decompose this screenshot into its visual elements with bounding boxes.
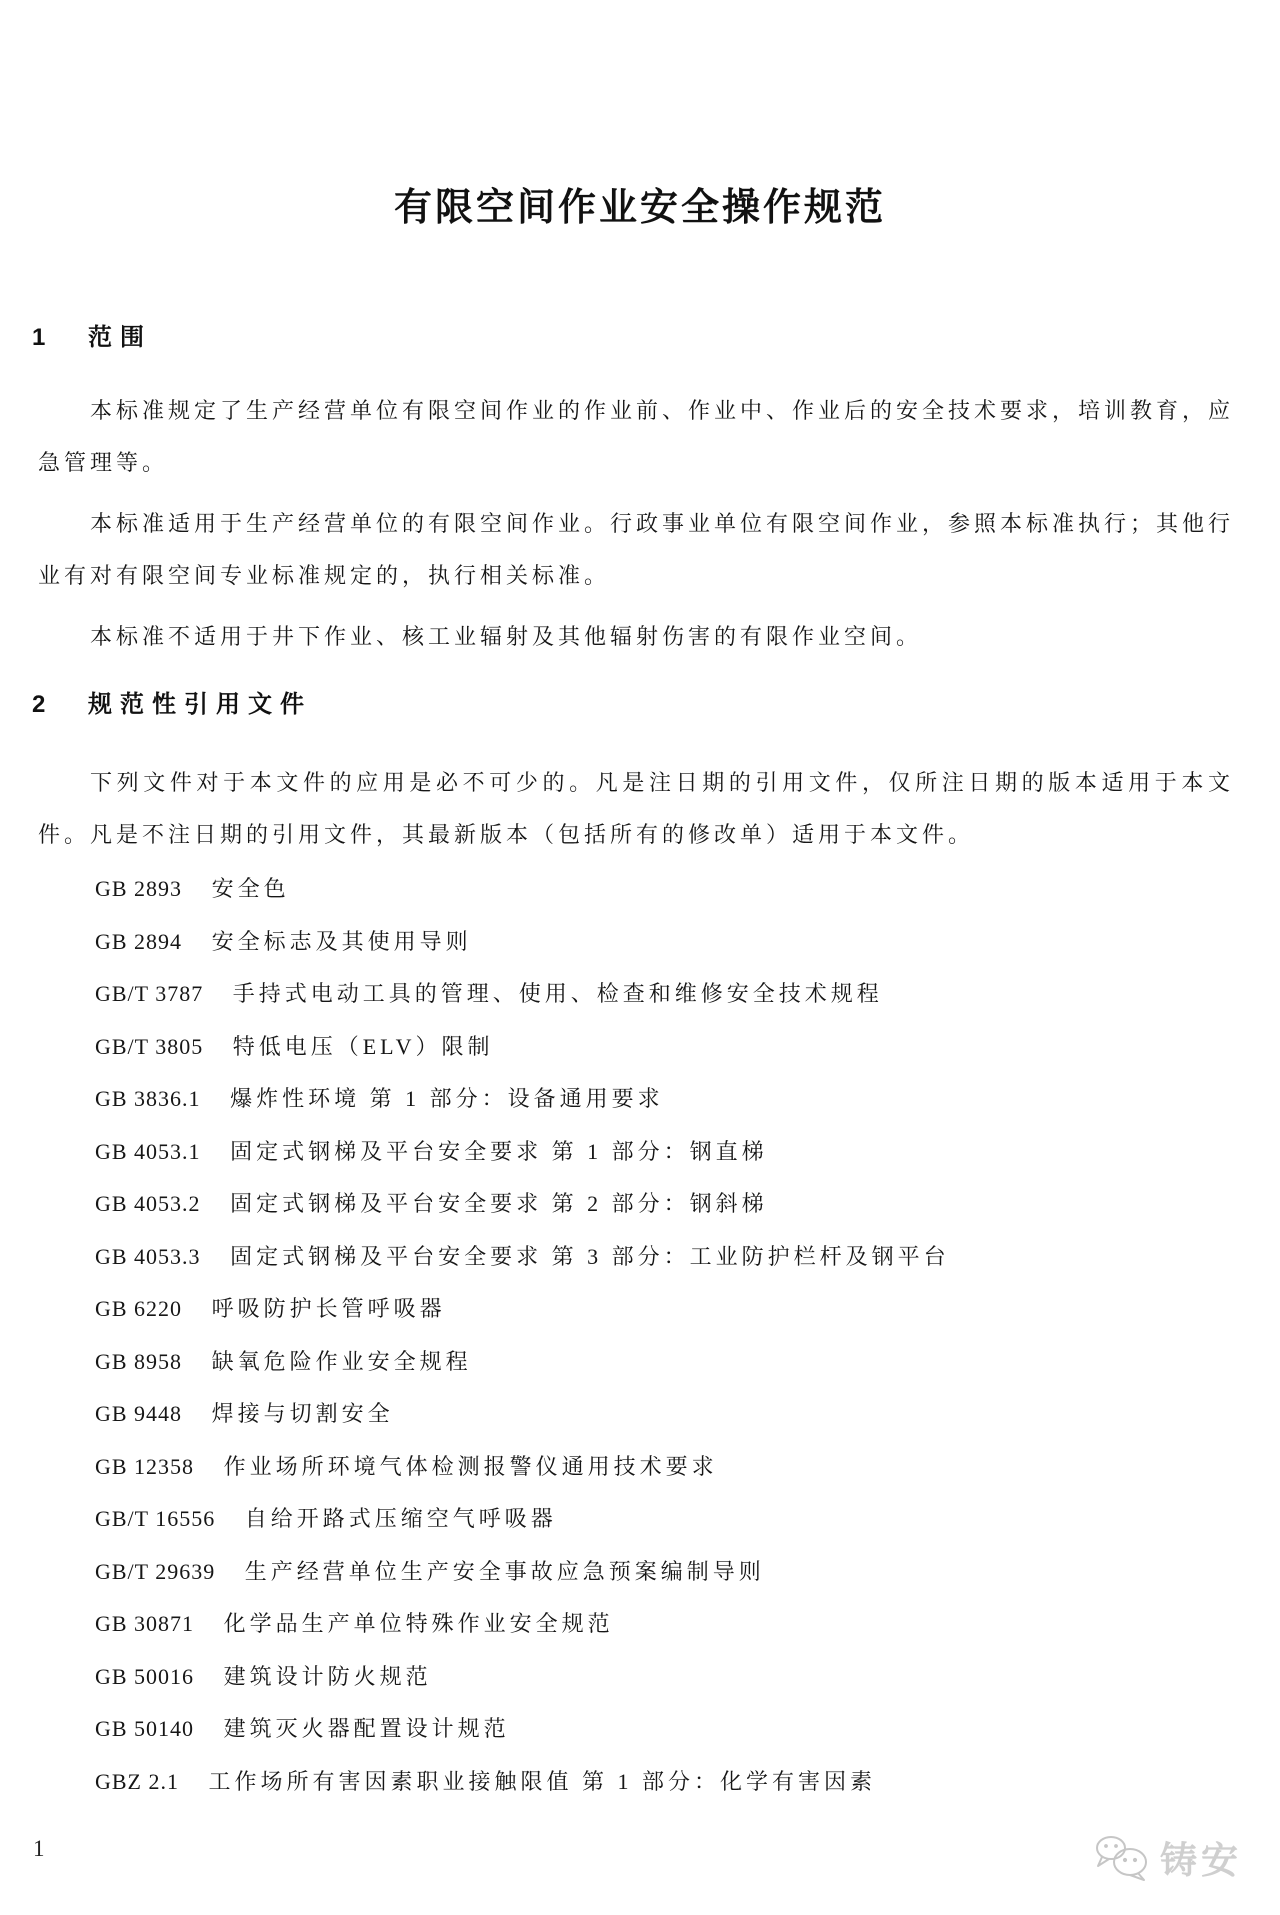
reference-item: GB/T 16556 自给开路式压缩空气呼吸器 <box>95 1493 1235 1546</box>
section-2-title: 规范性引用文件 <box>88 691 312 718</box>
section-2-body: 下列文件对于本文件的应用是必不可少的。凡是注日期的引用文件，仅所注日期的版本适用… <box>38 757 1234 861</box>
reference-standard-title: 建筑设计防火规范 <box>224 1664 432 1689</box>
reference-item: GB/T 3805 特低电压（ELV）限制 <box>95 1021 1235 1074</box>
reference-item: GBZ 2.1 工作场所有害因素职业接触限值 第 1 部分：化学有害因素 <box>95 1756 1235 1809</box>
paragraph-normative-refs-intro: 下列文件对于本文件的应用是必不可少的。凡是注日期的引用文件，仅所注日期的版本适用… <box>38 757 1234 861</box>
reference-standard-title: 工作场所有害因素职业接触限值 第 1 部分：化学有害因素 <box>209 1769 877 1794</box>
watermark-label: 铸安 <box>1160 1830 1242 1884</box>
paragraph-scope-1: 本标准规定了生产经营单位有限空间作业的作业前、作业中、作业后的安全技术要求，培训… <box>38 385 1234 489</box>
reference-standard-title: 安全色 <box>212 876 290 901</box>
reference-item: GB 50016 建筑设计防火规范 <box>95 1651 1235 1704</box>
reference-standard-code: GB/T 3787 <box>95 981 203 1006</box>
reference-standard-title: 特低电压（ELV）限制 <box>233 1034 494 1059</box>
section-1-body: 本标准规定了生产经营单位有限空间作业的作业前、作业中、作业后的安全技术要求，培训… <box>38 385 1234 663</box>
reference-standard-code: GB 9448 <box>95 1401 182 1426</box>
reference-standard-code: GB/T 3805 <box>95 1034 203 1059</box>
reference-standard-code: GB 3836.1 <box>95 1086 201 1111</box>
reference-item: GB 4053.3 固定式钢梯及平台安全要求 第 3 部分：工业防护栏杆及钢平台 <box>95 1231 1235 1284</box>
reference-standard-title: 自给开路式压缩空气呼吸器 <box>245 1506 557 1531</box>
reference-item: GB 4053.2 固定式钢梯及平台安全要求 第 2 部分：钢斜梯 <box>95 1178 1235 1231</box>
reference-standard-title: 固定式钢梯及平台安全要求 第 2 部分：钢斜梯 <box>230 1191 768 1216</box>
reference-standard-title: 作业场所环境气体检测报警仪通用技术要求 <box>224 1454 718 1479</box>
page-number: 1 <box>33 1836 45 1862</box>
reference-standard-code: GB/T 16556 <box>95 1506 215 1531</box>
paragraph-scope-3: 本标准不适用于井下作业、核工业辐射及其他辐射伤害的有限作业空间。 <box>38 611 1234 663</box>
reference-standard-code: GB 6220 <box>95 1296 182 1321</box>
reference-item: GB 8958 缺氧危险作业安全规程 <box>95 1336 1235 1389</box>
reference-standard-code: GB 4053.1 <box>95 1139 201 1164</box>
reference-item: GB 3836.1 爆炸性环境 第 1 部分：设备通用要求 <box>95 1073 1235 1126</box>
section-2-heading: 2 规范性引用文件 <box>32 691 312 719</box>
reference-standard-title: 建筑灭火器配置设计规范 <box>224 1716 510 1741</box>
reference-standard-code: GB 2893 <box>95 876 182 901</box>
reference-standard-code: GB 2894 <box>95 929 182 954</box>
reference-item: GB 2893 安全色 <box>95 863 1235 916</box>
watermark: 铸安 <box>1092 1830 1242 1884</box>
reference-standard-code: GB 50016 <box>95 1664 194 1689</box>
section-1-title: 范围 <box>88 324 152 351</box>
reference-standard-code: GB 12358 <box>95 1454 194 1479</box>
reference-standard-title: 焊接与切割安全 <box>212 1401 394 1426</box>
section-1-heading: 1 范围 <box>32 324 152 352</box>
references-list: GB 2893 安全色 GB 2894 安全标志及其使用导则 GB/T 3787… <box>95 863 1235 1808</box>
reference-item: GB 6220 呼吸防护长管呼吸器 <box>95 1283 1235 1336</box>
reference-standard-title: 呼吸防护长管呼吸器 <box>212 1296 446 1321</box>
reference-standard-code: GB 30871 <box>95 1611 194 1636</box>
reference-item: GB 2894 安全标志及其使用导则 <box>95 916 1235 969</box>
reference-standard-title: 手持式电动工具的管理、使用、检查和维修安全技术规程 <box>233 981 883 1006</box>
reference-standard-title: 爆炸性环境 第 1 部分：设备通用要求 <box>230 1086 664 1111</box>
reference-standard-code: GBZ 2.1 <box>95 1769 179 1794</box>
reference-standard-code: GB/T 29639 <box>95 1559 215 1584</box>
reference-standard-title: 缺氧危险作业安全规程 <box>212 1349 472 1374</box>
section-1-number: 1 <box>32 324 45 351</box>
reference-item: GB/T 3787 手持式电动工具的管理、使用、检查和维修安全技术规程 <box>95 968 1235 1021</box>
reference-item: GB 9448 焊接与切割安全 <box>95 1388 1235 1441</box>
reference-standard-title: 生产经营单位生产安全事故应急预案编制导则 <box>245 1559 765 1584</box>
paragraph-scope-2: 本标准适用于生产经营单位的有限空间作业。行政事业单位有限空间作业，参照本标准执行… <box>38 498 1234 602</box>
reference-item: GB 30871 化学品生产单位特殊作业安全规范 <box>95 1598 1235 1651</box>
reference-standard-code: GB 4053.2 <box>95 1191 201 1216</box>
reference-standard-title: 固定式钢梯及平台安全要求 第 3 部分：工业防护栏杆及钢平台 <box>230 1244 950 1269</box>
wechat-icon <box>1092 1833 1150 1881</box>
reference-standard-title: 安全标志及其使用导则 <box>212 929 472 954</box>
document-page: 有限空间作业安全操作规范 1 范围 本标准规定了生产经营单位有限空间作业的作业前… <box>0 0 1280 1915</box>
reference-standard-title: 固定式钢梯及平台安全要求 第 1 部分：钢直梯 <box>230 1139 768 1164</box>
reference-standard-code: GB 4053.3 <box>95 1244 201 1269</box>
section-2-number: 2 <box>32 691 45 718</box>
reference-item: GB 4053.1 固定式钢梯及平台安全要求 第 1 部分：钢直梯 <box>95 1126 1235 1179</box>
reference-item: GB 50140 建筑灭火器配置设计规范 <box>95 1703 1235 1756</box>
reference-item: GB/T 29639 生产经营单位生产安全事故应急预案编制导则 <box>95 1546 1235 1599</box>
document-title: 有限空间作业安全操作规范 <box>0 186 1280 232</box>
reference-standard-code: GB 8958 <box>95 1349 182 1374</box>
reference-item: GB 12358 作业场所环境气体检测报警仪通用技术要求 <box>95 1441 1235 1494</box>
reference-standard-title: 化学品生产单位特殊作业安全规范 <box>224 1611 614 1636</box>
reference-standard-code: GB 50140 <box>95 1716 194 1741</box>
